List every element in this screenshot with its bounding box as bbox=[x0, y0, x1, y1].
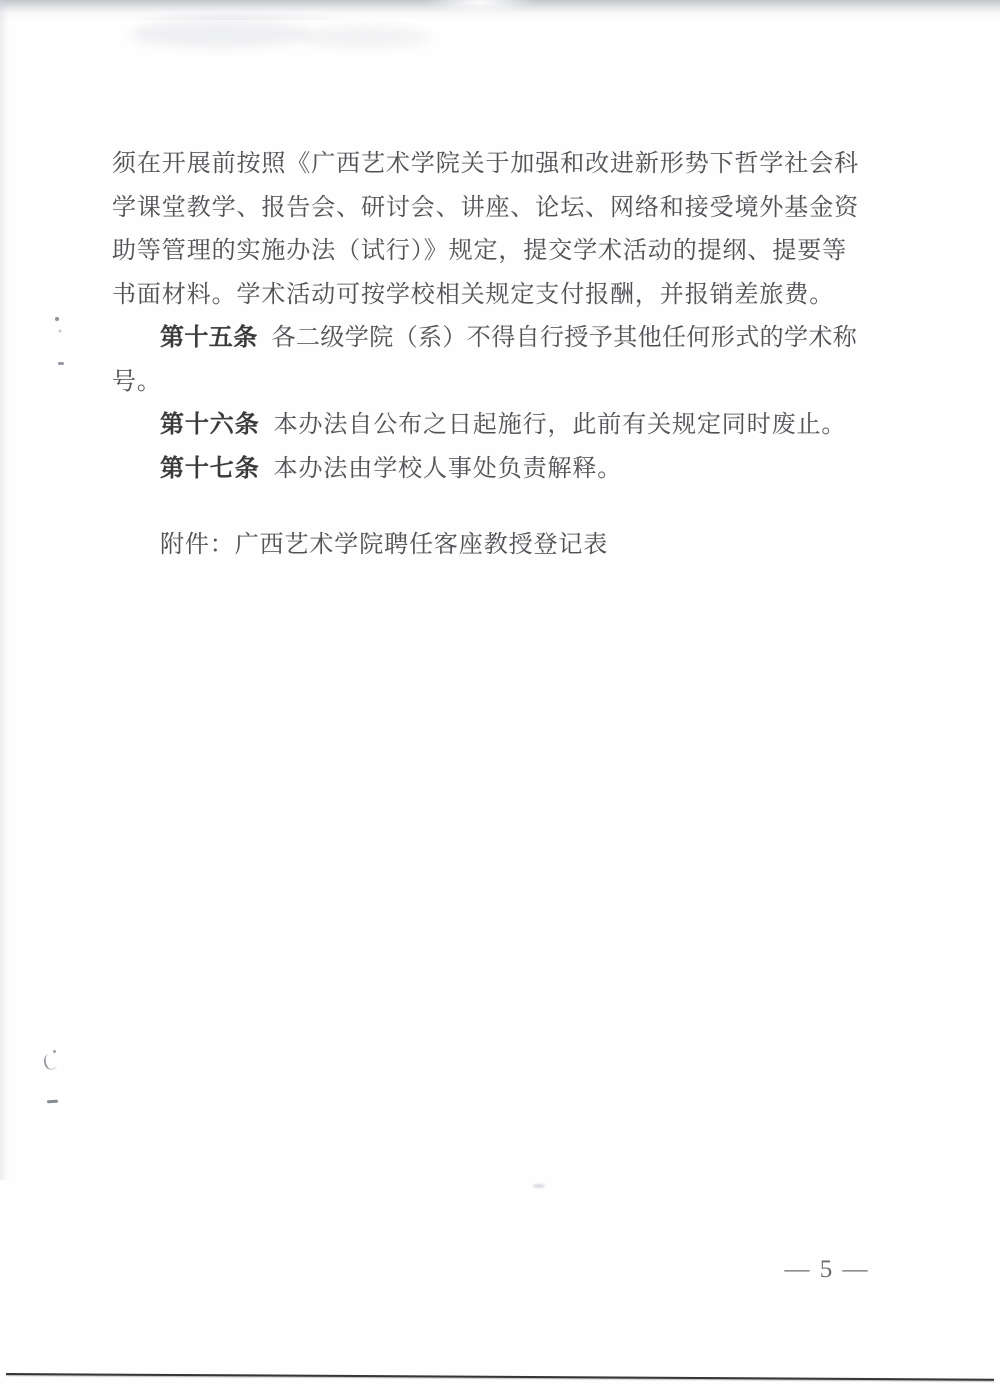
scan-artifact-bottom-edge bbox=[6, 1373, 994, 1381]
article-17-text: 本办法由学校人事处负责解释。 bbox=[274, 456, 623, 482]
document-body: 须在开展前按照《广西艺术学院关于加强和改进新形势下哲学社会科 学课堂教学、报告会… bbox=[112, 143, 860, 568]
scan-speck bbox=[55, 317, 59, 321]
scan-speck bbox=[533, 1184, 545, 1188]
article-15-text: 各二级学院（系）不得自行授予其他任何形式的学术称 bbox=[272, 325, 858, 351]
attachment-line: 附件：广西艺术学院聘任客座教授登记表 bbox=[112, 524, 860, 568]
article-16-text: 本办法自公布之日起施行，此前有关规定同时废止。 bbox=[274, 412, 847, 438]
article-15-heading: 第十五条 bbox=[160, 325, 258, 351]
article-15-line-2: 号。 bbox=[112, 361, 860, 405]
article-16-heading: 第十六条 bbox=[160, 412, 260, 438]
scan-smudge bbox=[300, 26, 430, 48]
scan-speck bbox=[58, 362, 64, 365]
body-text-line-4: 书面材料。学术活动可按学校相关规定支付报酬，并报销差旅费。 bbox=[112, 274, 860, 318]
body-text-line-2: 学课堂教学、报告会、研讨会、讲座、论坛、网络和接受境外基金资 bbox=[112, 187, 860, 231]
scan-speck bbox=[53, 1050, 56, 1053]
article-16-line: 第十六条本办法自公布之日起施行，此前有关规定同时废止。 bbox=[112, 404, 860, 448]
scan-speck bbox=[42, 1053, 57, 1071]
scanned-document-page: 须在开展前按照《广西艺术学院关于加强和改进新形势下哲学社会科 学课堂教学、报告会… bbox=[0, 0, 1000, 1396]
body-text-line-1: 须在开展前按照《广西艺术学院关于加强和改进新形势下哲学社会科 bbox=[112, 143, 860, 187]
article-15-line-1: 第十五条各二级学院（系）不得自行授予其他任何形式的学术称 bbox=[112, 317, 860, 361]
scan-artifact-top-edge bbox=[0, 0, 1000, 20]
scan-artifact-left-edge bbox=[0, 0, 9, 1180]
scan-speck bbox=[47, 1100, 58, 1104]
article-17-heading: 第十七条 bbox=[160, 456, 260, 482]
scan-smudge bbox=[130, 20, 310, 48]
page-number: — 5 — bbox=[757, 1256, 897, 1284]
body-text-line-3: 助等管理的实施办法（试行）》规定，提交学术活动的提纲、提要等 bbox=[112, 230, 860, 274]
article-17-line: 第十七条本办法由学校人事处负责解释。 bbox=[112, 448, 860, 492]
